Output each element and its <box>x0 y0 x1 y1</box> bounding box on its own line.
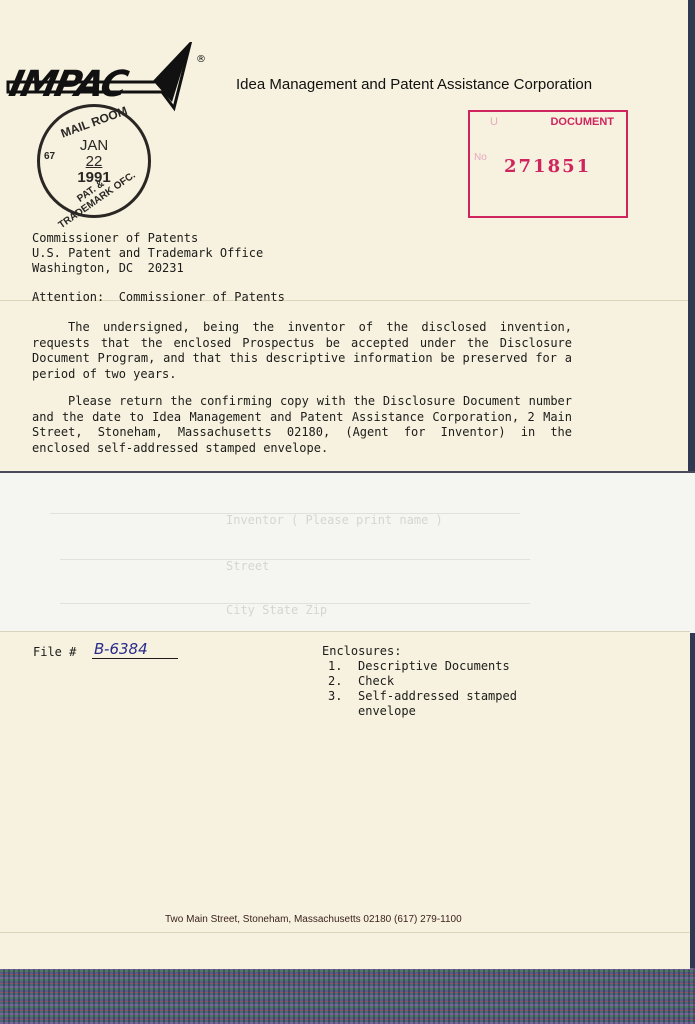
letter-top-section: IMPAC ® Idea Management and Patent Assis… <box>0 0 688 471</box>
paragraph-1-text: The undersigned, being the inventor of t… <box>32 320 572 381</box>
stamp-number-label: No <box>474 152 487 163</box>
enclosure-item: 2.Check <box>328 674 538 689</box>
body-paragraph-2: Please return the confirming copy with t… <box>32 394 572 456</box>
enclosure-number: 1. <box>328 659 358 674</box>
file-number-value: B-6384 <box>92 640 178 659</box>
disclosure-number: 271851 <box>504 156 591 177</box>
enclosure-item: 1.Descriptive Documents <box>328 659 538 674</box>
stamp-faint-prefix: U <box>490 116 498 128</box>
city-caption: City State Zip <box>226 603 327 617</box>
enclosure-text: Self-addressed stamped envelope <box>358 689 538 719</box>
logo-text: IMPAC <box>6 64 130 105</box>
stamp-month: JAN <box>40 137 148 154</box>
faded-signature-section: Inventor ( Please print name ) Street Ci… <box>0 471 695 633</box>
impac-logo: IMPAC ® <box>4 42 204 112</box>
enclosures-list: 1.Descriptive Documents 2.Check 3.Self-a… <box>328 659 538 719</box>
signature-line-2 <box>60 559 530 560</box>
disclosure-document-stamp: U DOCUMENT No 271851 <box>468 110 628 218</box>
mail-room-stamp: MAIL ROOM 67 JAN 22 1991 PAT. & TRADEMAR… <box>37 104 151 218</box>
company-name: Idea Management and Patent Assistance Co… <box>236 76 592 93</box>
enclosure-number: 3. <box>328 689 358 719</box>
recipient-line-2: U.S. Patent and Trademark Office <box>32 246 263 261</box>
recipient-line-1: Commissioner of Patents <box>32 231 198 246</box>
paragraph-2-text: Please return the confirming copy with t… <box>32 394 572 455</box>
enclosure-item: 3.Self-addressed stamped envelope <box>328 689 538 719</box>
fold-crease <box>0 932 690 933</box>
inventor-caption: Inventor ( Please print name ) <box>226 513 443 527</box>
attention-line: Attention: Commissioner of Patents <box>32 290 285 305</box>
recipient-line-3: Washington, DC 20231 <box>32 261 184 276</box>
street-caption: Street <box>226 559 269 573</box>
stamp-day: 22 <box>40 153 148 170</box>
enclosure-text: Descriptive Documents <box>358 659 538 674</box>
stamp-title: DOCUMENT <box>550 116 614 128</box>
scanner-artifact-band <box>0 968 695 1024</box>
enclosures-title: Enclosures: <box>322 644 401 658</box>
body-paragraph-1: The undersigned, being the inventor of t… <box>32 320 572 382</box>
file-number-label: File # <box>33 645 76 659</box>
footer-address: Two Main Street, Stoneham, Massachusetts… <box>165 914 462 925</box>
registered-mark: ® <box>196 54 206 65</box>
enclosure-number: 2. <box>328 674 358 689</box>
enclosure-text: Check <box>358 674 538 689</box>
